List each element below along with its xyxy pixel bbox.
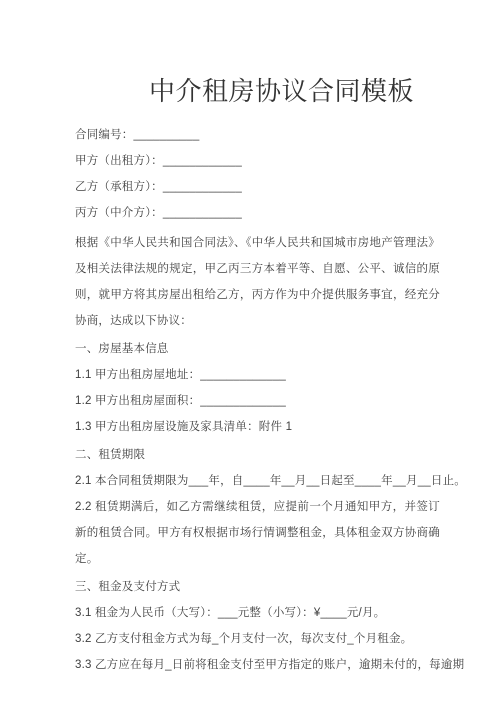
section-heading-house-info: 一、房屋基本信息 [75, 336, 440, 362]
section-heading-lease-term: 二、租赁期限 [75, 442, 440, 468]
party-a-landlord-line: 甲方（出租方）：____________ [75, 148, 440, 174]
section-lease-term: 二、租赁期限 2.1 本合同租赁期限为___年，自____年__月__日起至__… [75, 442, 440, 572]
section-rent-payment: 三、租金及支付方式 3.1 租金为人民币（大写）：___元整（小写）：¥____… [75, 574, 440, 678]
clause-3-2-payment-frequency: 3.2 乙方支付租金方式为每_个月支付一次，每次支付_个月租金。 [75, 626, 440, 652]
clause-1-1-address: 1.1 甲方出租房屋地址：_____________ [75, 362, 440, 388]
clause-2-2-renewal: 2.2 租赁期满后，如乙方需继续租赁，应提前一个月通知甲方，并签订新的租赁合同。… [75, 494, 440, 572]
clause-2-1-term-dates: 2.1 本合同租赁期限为___年，自____年__月__日起至____年__月_… [75, 468, 440, 494]
party-b-tenant-line: 乙方（承租方）：____________ [75, 174, 440, 200]
clause-3-1-rent-amount: 3.1 租金为人民币（大写）：___元整（小写）：¥____元/月。 [75, 600, 440, 626]
clause-3-3-payment-deadline: 3.3 乙方应在每月_日前将租金支付至甲方指定的账户，逾期未付的，每逾期 [75, 652, 440, 678]
contract-number-line: 合同编号：__________ [75, 122, 440, 148]
clause-1-3-furniture-list: 1.3 甲方出租房屋设施及家具清单：附件 1 [75, 414, 440, 440]
document-title: 中介租房协议合同模板 [75, 76, 440, 106]
preamble-paragraph: 根据《中华人民共和国合同法》、《中华人民共和国城市房地产管理法》及相关法律法规的… [75, 230, 440, 334]
section-heading-rent-payment: 三、租金及支付方式 [75, 574, 440, 600]
contract-document: 中介租房协议合同模板 合同编号：__________ 甲方（出租方）：_____… [0, 0, 500, 707]
clause-1-2-area: 1.2 甲方出租房屋面积：_____________ [75, 388, 440, 414]
section-house-info: 一、房屋基本信息 1.1 甲方出租房屋地址：_____________ 1.2 … [75, 336, 440, 440]
party-c-agent-line: 丙方（中介方）：____________ [75, 200, 440, 226]
